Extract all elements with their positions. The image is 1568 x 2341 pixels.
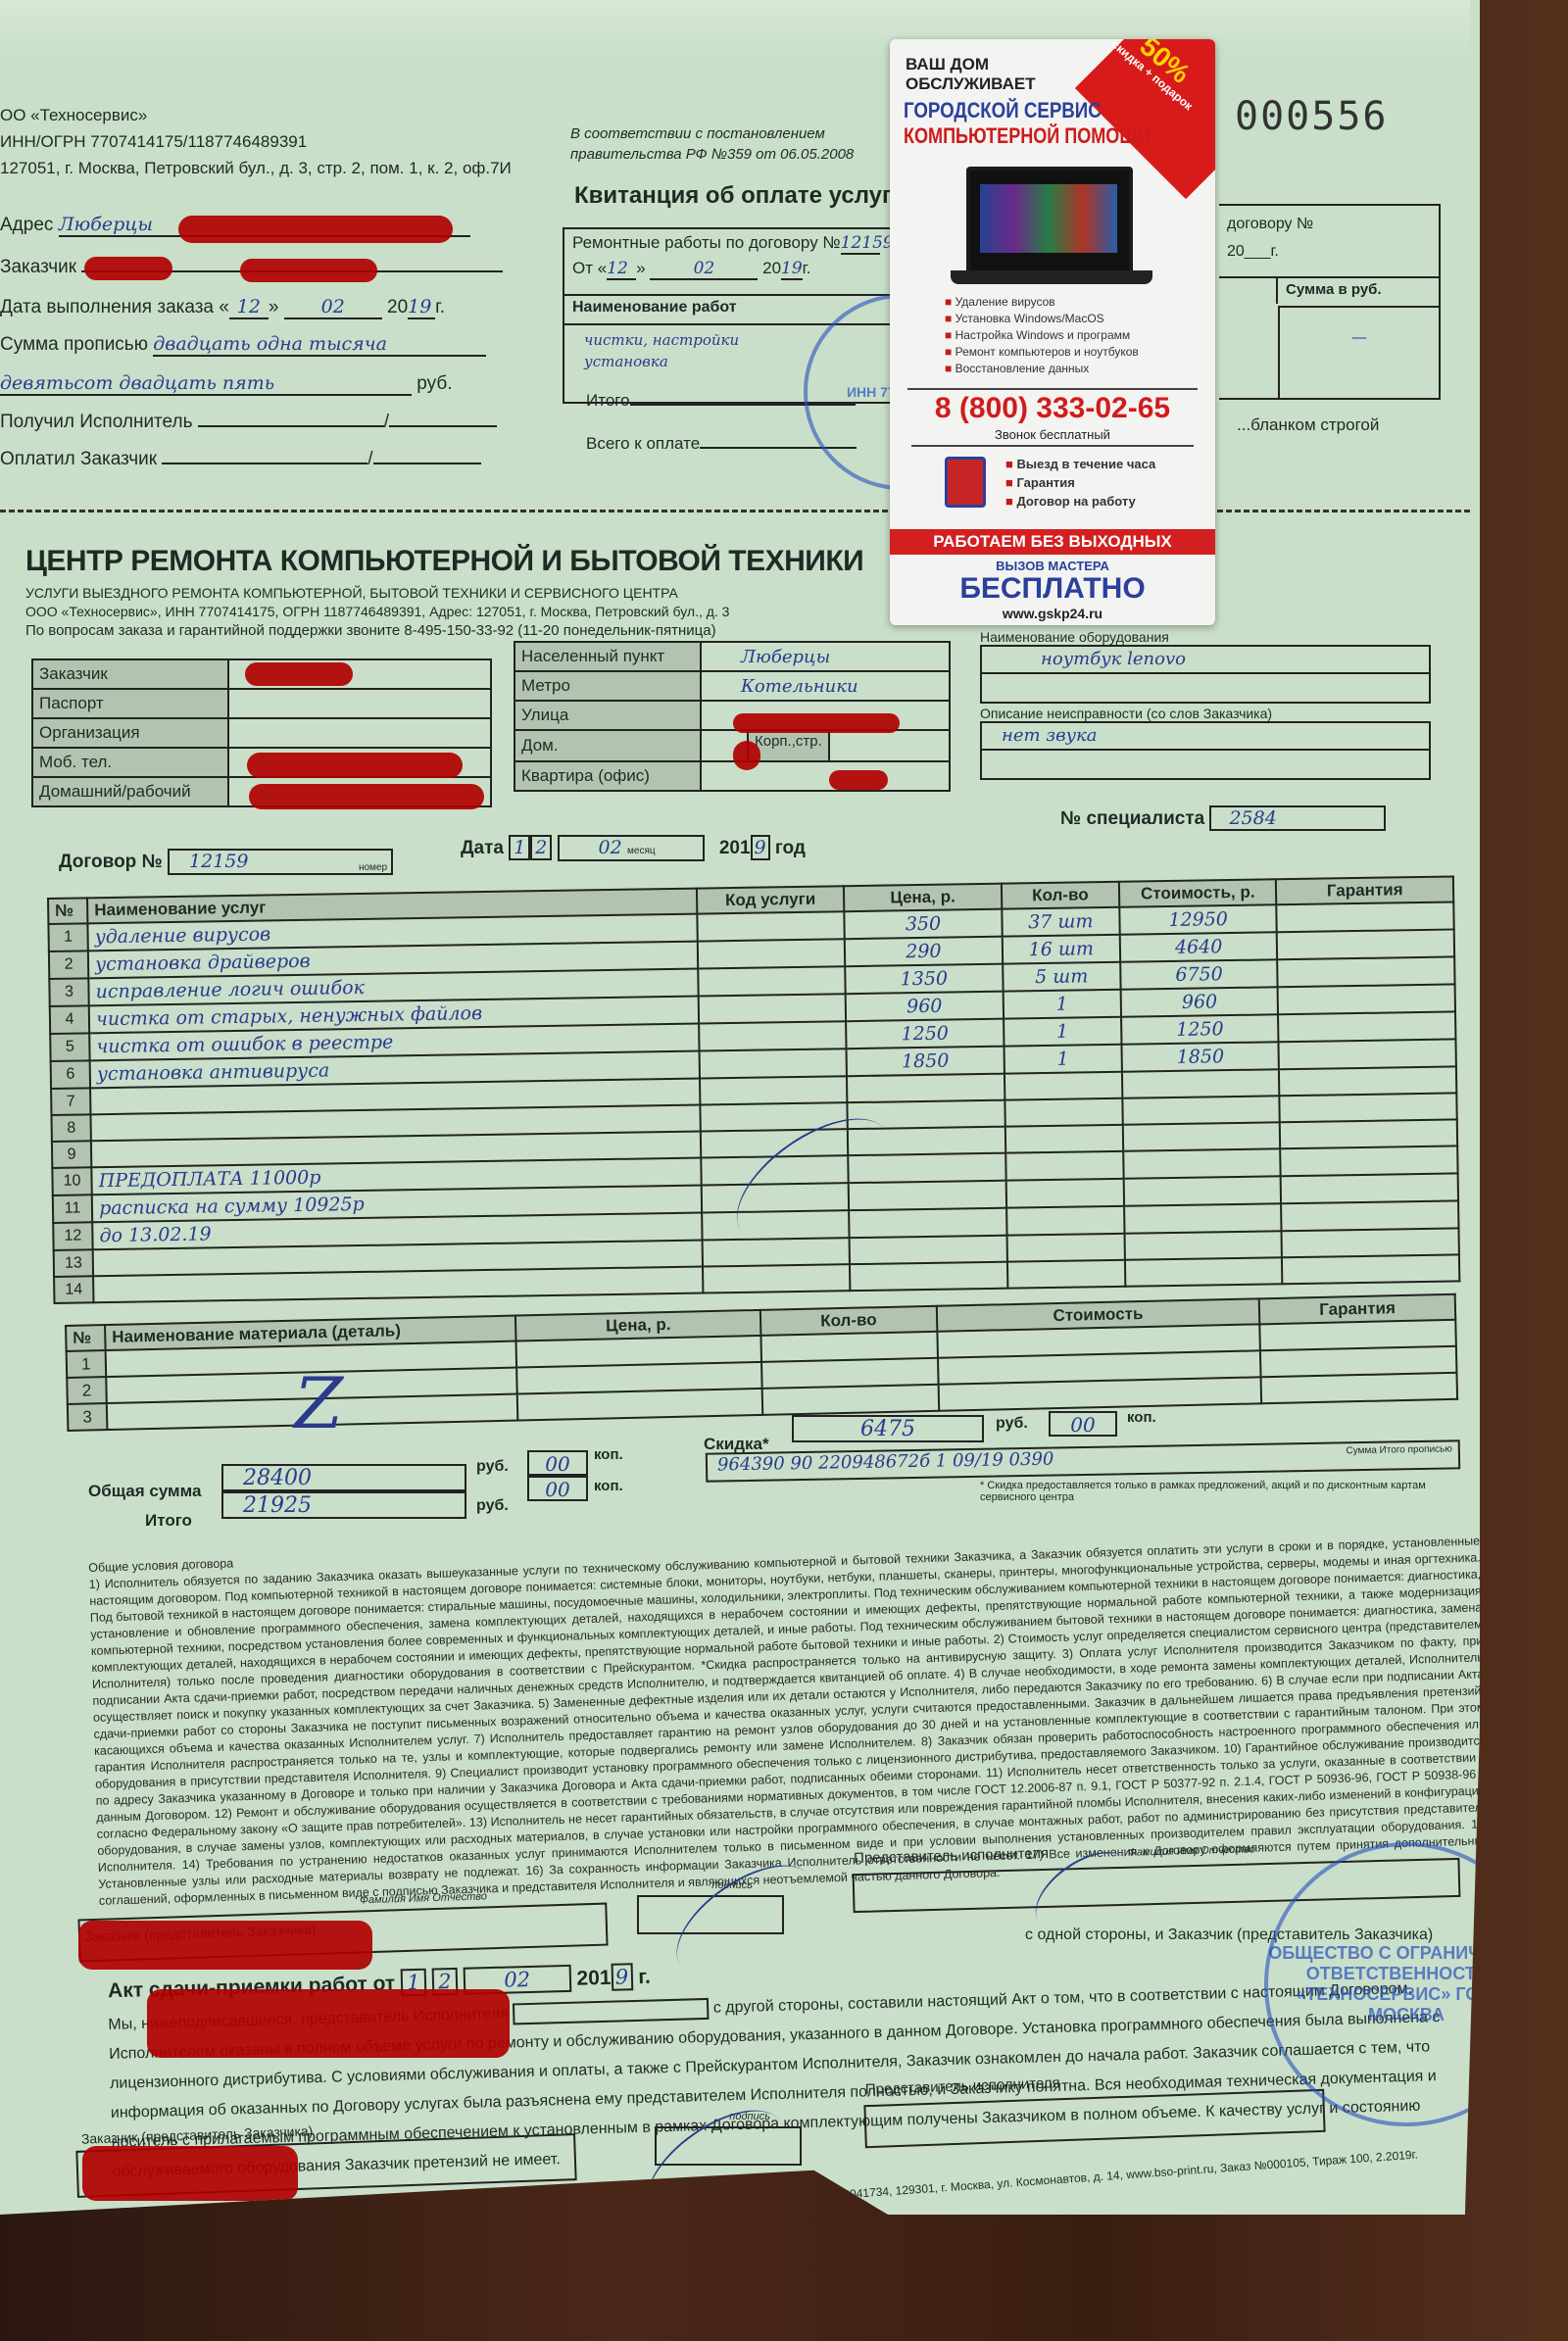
right-contract-label: договору № — [1219, 206, 1439, 243]
specialist-value[interactable]: 2584 — [1209, 805, 1386, 831]
contract-label: Ремонтные работы по договору № — [572, 233, 841, 252]
date-month-value[interactable]: 02 — [599, 837, 622, 858]
flyer-website[interactable]: www.gskp24.ru — [890, 606, 1215, 621]
customer-field-label: Заказчик — [32, 659, 228, 689]
customer-field-label: Паспорт — [32, 689, 228, 718]
flyer-features-list: Выезд в течение часаГарантияДоговор на р… — [1005, 455, 1155, 511]
stub-inn-ogrn: ИНН/ОГРН 7707414175/1187746489391 — [0, 128, 512, 155]
services-column-header: Код услуги — [697, 886, 845, 913]
service-cell-cost[interactable] — [1122, 1096, 1280, 1125]
address-field-value[interactable]: Люберцы — [701, 642, 950, 671]
part-cell-warranty[interactable] — [1261, 1373, 1457, 1404]
stub-address: 127051, г. Москва, Петровский бул., д. 3… — [0, 155, 512, 181]
year-prefix: 20 — [387, 297, 408, 317]
form-subtitle: УСЛУГИ ВЫЕЗДНОГО РЕМОНТА КОМПЬЮТЕРНОЙ, Б… — [25, 584, 729, 603]
fault-label: Описание неисправности (со слов Заказчик… — [980, 706, 1431, 721]
amount-words-line1[interactable]: двадцать одна тысяча — [153, 333, 486, 357]
from-year[interactable]: 19 — [781, 259, 803, 280]
flyer-line1: ВАШ ДОМ — [906, 55, 1036, 74]
completion-day[interactable]: 12 — [229, 296, 269, 319]
date-month-box[interactable]: 02 месяц — [558, 835, 705, 861]
korp-label: Корп.,стр. — [749, 731, 830, 760]
flyer-free-label: БЕСПЛАТНО — [890, 572, 1215, 606]
legal-note-line1: В соответствии с постановлением — [570, 123, 854, 144]
address-field-row: МетроКотельники — [514, 671, 950, 701]
divider — [911, 445, 1194, 447]
total-label: Общая сумма — [88, 1482, 201, 1501]
service-cell-n: 14 — [54, 1276, 94, 1303]
service-cell-qty[interactable] — [1005, 1151, 1124, 1181]
service-cell-n: 12 — [53, 1222, 93, 1250]
service-cell-warranty[interactable] — [1281, 1200, 1458, 1231]
redaction-mark — [829, 770, 888, 790]
service-cell-cost[interactable]: 960 — [1121, 987, 1279, 1017]
service-cell-cost[interactable] — [1124, 1203, 1282, 1234]
service-cell-warranty[interactable] — [1278, 956, 1455, 987]
stub-address-label: Адрес — [0, 215, 53, 235]
stub-amount-words: Сумма прописью двадцать одна тысяча — [0, 333, 486, 357]
service-cell-n: 11 — [53, 1195, 93, 1223]
act-executor-name-field[interactable] — [513, 1998, 710, 2025]
service-cell-code[interactable] — [700, 1076, 848, 1104]
service-cell-n: 13 — [54, 1249, 94, 1277]
services-column-header: Кол-во — [1002, 882, 1120, 909]
completion-year[interactable]: 19 — [408, 296, 435, 319]
flyer-services-list: Удаление вирусовУстановка Windows/MacOSН… — [945, 294, 1139, 377]
service-cell-price[interactable] — [850, 1236, 1007, 1265]
divider — [907, 388, 1198, 390]
date-digit-2[interactable]: 2 — [530, 835, 552, 860]
service-cell-warranty[interactable] — [1281, 1173, 1458, 1203]
service-cell-warranty[interactable] — [1281, 1146, 1458, 1176]
parts-column-header: № — [66, 1325, 106, 1351]
act-year-digit[interactable]: 9 — [611, 1963, 633, 1991]
rub-label: руб. — [476, 1497, 509, 1515]
cut-line — [0, 510, 1470, 512]
itogo-words-hint: Сумма Итого прописью — [1346, 1443, 1452, 1456]
redaction-mark — [247, 753, 463, 778]
advertising-flyer: 50%скидка + подарок ВАШ ДОМ ОБСЛУЖИВАЕТ … — [890, 39, 1215, 625]
service-cell-cost[interactable]: 12950 — [1119, 904, 1277, 935]
specialist-field: № специалиста 2584 — [1060, 805, 1386, 831]
part-cell-n: 3 — [68, 1403, 108, 1431]
service-cell-price[interactable] — [849, 1208, 1006, 1239]
date-month-hint: месяц — [627, 846, 656, 856]
service-cell-warranty[interactable] — [1282, 1228, 1459, 1257]
address-field-row: Дом.Корп.,стр. — [514, 730, 950, 761]
service-cell-price[interactable]: 1850 — [847, 1047, 1004, 1077]
year-prefix: 201 — [719, 838, 751, 858]
service-cell-n: 3 — [49, 978, 89, 1006]
service-cell-n: 4 — [50, 1005, 90, 1034]
parts-column-header: Кол-во — [760, 1306, 937, 1336]
service-cell-warranty[interactable] — [1277, 902, 1454, 932]
service-cell-warranty[interactable] — [1279, 1039, 1456, 1069]
flyer-heading: ВАШ ДОМ ОБСЛУЖИВАЕТ — [906, 55, 1036, 94]
stub-customer-label: Заказчик — [0, 257, 76, 277]
specialist-label: № специалиста — [1060, 808, 1204, 829]
sum-value[interactable]: — — [1278, 306, 1439, 398]
service-cell-cost[interactable] — [1124, 1176, 1282, 1206]
service-cell-n: 7 — [51, 1088, 91, 1115]
kop-label: коп. — [594, 1446, 623, 1463]
service-cell-cost[interactable]: 4640 — [1120, 932, 1278, 962]
card-note: 964390 90 220948672б 1 09/19 0390 — [708, 1449, 1054, 1476]
parts-table: №Наименование материала (деталь)Цена, р.… — [65, 1293, 1458, 1432]
services-column-header: Цена, р. — [844, 884, 1002, 912]
year-suffix: г. — [435, 297, 445, 317]
customer-field-value[interactable] — [228, 689, 491, 718]
service-cell-price[interactable]: 350 — [845, 909, 1003, 940]
flyer-feature-item: Договор на работу — [1005, 492, 1155, 511]
receipt-from-line: От «12» 02 2019г. — [564, 259, 894, 280]
kop-label: коп. — [594, 1478, 623, 1494]
service-cell-code[interactable] — [698, 966, 846, 996]
service-cell-cost[interactable]: 1250 — [1121, 1014, 1279, 1045]
from-month[interactable]: 02 — [650, 259, 758, 280]
service-cell-code[interactable] — [698, 994, 846, 1023]
service-cell-warranty[interactable] — [1282, 1254, 1459, 1284]
date-field: Дата 12 02 месяц 2019 год — [461, 835, 806, 861]
form-support-line: По вопросам заказа и гарантийной поддерж… — [25, 621, 729, 640]
service-cell-warranty[interactable] — [1277, 929, 1454, 959]
kop-label: коп. — [1127, 1409, 1156, 1426]
redaction-mark — [249, 784, 484, 809]
service-cell-cost[interactable]: 6750 — [1120, 959, 1278, 990]
service-cell-warranty[interactable] — [1278, 984, 1455, 1014]
flyer-service-item: Установка Windows/MacOS — [945, 311, 1139, 327]
contract-field: Договор № 12159 номер — [59, 849, 393, 875]
equipment-block: Наименование оборудования ноутбук lenovo… — [980, 629, 1431, 780]
service-cell-n: 8 — [51, 1114, 91, 1142]
from-day[interactable]: 12 — [607, 259, 636, 280]
address-field-label: Метро — [514, 671, 701, 701]
receipt-right-box: договору № 20___г. Сумма в руб. — — [1219, 204, 1441, 400]
flyer-phone[interactable]: 8 (800) 333-02-65 — [890, 392, 1215, 425]
service-cell-warranty[interactable] — [1280, 1119, 1457, 1148]
contract-number-value[interactable]: 12159 — [189, 851, 248, 872]
paper-top-edge — [0, 0, 1470, 59]
from-label: От — [572, 259, 593, 277]
redaction-mark — [147, 1989, 510, 2058]
paid-signature-field[interactable] — [162, 447, 367, 464]
stub-paid: Оплатил Заказчик / — [0, 447, 481, 470]
paid-label: Оплатил Заказчик — [0, 449, 157, 469]
service-cell-warranty[interactable] — [1279, 1066, 1456, 1096]
sum-header-row: Сумма в руб. — [1219, 276, 1439, 304]
service-cell-code[interactable] — [697, 911, 845, 941]
flyer-service-item: Восстановление данных — [945, 361, 1139, 377]
service-cell-n: 1 — [48, 923, 88, 951]
moscow-coat-of-arms-icon — [945, 457, 986, 508]
act-year-suffix: г. — [638, 1966, 651, 1988]
service-cell-price[interactable] — [850, 1262, 1007, 1292]
equipment-value[interactable]: ноутбук lenovo — [980, 645, 1431, 674]
laptop-base — [951, 270, 1152, 284]
services-column-header: № — [48, 898, 88, 924]
itogo-rub-value[interactable]: 21925 — [221, 1491, 466, 1519]
customer-field-label: Моб. тел. — [32, 748, 228, 777]
form-company-line: ООО «Техносервис», ИНН 7707414175, ОГРН … — [25, 603, 729, 621]
service-cell-qty[interactable]: 1 — [1004, 1045, 1122, 1074]
rub-label: руб. — [416, 373, 452, 394]
service-cell-cost[interactable]: 1850 — [1121, 1042, 1279, 1072]
date-label: Дата — [461, 838, 504, 858]
form-subtitle-block: УСЛУГИ ВЫЕЗДНОГО РЕМОНТА КОМПЬЮТЕРНОЙ, Б… — [25, 584, 729, 640]
strict-form-note: ...бланком строгой — [1237, 415, 1379, 435]
service-cell-code[interactable] — [698, 939, 846, 968]
redaction-mark — [240, 259, 377, 282]
service-cell-qty[interactable] — [1007, 1260, 1126, 1289]
flyer-line2: ОБСЛУЖИВАЕТ — [906, 74, 1036, 94]
receipt-total-label: Итого — [586, 391, 630, 410]
itogo-words-box[interactable]: 964390 90 220948672б 1 09/19 0390 Сумма … — [706, 1439, 1460, 1482]
korp-value[interactable] — [830, 731, 949, 760]
flyer-service-item: Настройка Windows и программ — [945, 327, 1139, 344]
received-signature-field[interactable] — [198, 410, 384, 427]
service-cell-qty[interactable] — [1004, 1098, 1123, 1127]
flyer-service-item: Удаление вирусов — [945, 294, 1139, 311]
flyer-banner: РАБОТАЕМ БЕЗ ВЫХОДНЫХ — [890, 529, 1215, 555]
service-cell-qty[interactable] — [1005, 1179, 1124, 1208]
service-contract-form: ОО «Техносервис» ИНН/ОГРН 7707414175/118… — [0, 0, 1480, 2215]
total-rub-value[interactable]: 28400 — [221, 1464, 466, 1491]
service-cell-n: 2 — [49, 951, 89, 979]
flyer-feature-item: Выезд в течение часа — [1005, 455, 1155, 473]
service-cell-qty[interactable] — [1004, 1072, 1123, 1100]
equipment-extra-line[interactable] — [980, 674, 1431, 704]
part-cell-price[interactable] — [517, 1389, 762, 1421]
service-cell-price[interactable]: 290 — [845, 937, 1003, 967]
receipt-total-due-label: Всего к оплате — [586, 434, 700, 453]
paid-name-field[interactable] — [373, 447, 481, 464]
received-name-field[interactable] — [389, 410, 497, 427]
customer-field-row: Паспорт — [32, 689, 491, 718]
flyer-service-item: Ремонт компьютеров и ноутбуков — [945, 344, 1139, 361]
receipt-stub-header: ОО «Техносервис» ИНН/ОГРН 7707414175/118… — [0, 102, 512, 181]
service-cell-code[interactable] — [703, 1264, 851, 1292]
service-cell-qty[interactable]: 37 шт — [1002, 907, 1120, 937]
service-cell-code[interactable] — [699, 1021, 847, 1050]
completion-date-label: Дата выполнения заказа — [0, 297, 214, 317]
service-cell-price[interactable] — [847, 1074, 1004, 1103]
right-year: 20___г. — [1219, 243, 1439, 261]
completion-month[interactable]: 02 — [284, 296, 382, 319]
customer-field-row: Организация — [32, 718, 491, 748]
receipt-serial-number: 000556 — [1235, 94, 1389, 139]
service-cell-qty[interactable] — [1006, 1234, 1125, 1262]
customer-field-label: Организация — [32, 718, 228, 748]
service-cell-cost[interactable] — [1125, 1231, 1283, 1260]
service-cell-price[interactable]: 1350 — [845, 964, 1003, 995]
fault-value[interactable]: нет звука — [980, 721, 1431, 751]
part-cell-qty[interactable] — [760, 1332, 937, 1362]
itogo-kop-value[interactable]: 00 — [527, 1476, 588, 1501]
flyer-brand-line1: ГОРОДСКОЙ СЕРВИС — [904, 98, 1102, 123]
service-cell-qty[interactable]: 1 — [1004, 1017, 1122, 1047]
service-cell-cost[interactable] — [1123, 1122, 1281, 1151]
part-cell-qty[interactable] — [762, 1385, 939, 1415]
address-field-label: Улица — [514, 701, 701, 730]
discount-kop-value[interactable]: 00 — [1049, 1411, 1117, 1437]
legal-note-line2: правительства РФ №359 от 06.05.2008 — [570, 144, 854, 165]
year-label: год — [775, 838, 806, 858]
sum-header: Сумма в руб. — [1278, 278, 1390, 304]
service-cell-n: 9 — [52, 1141, 92, 1168]
part-cell-n: 1 — [67, 1350, 107, 1378]
equipment-label: Наименование оборудования — [980, 629, 1431, 645]
receipt-title: Квитанция об оплате услуг — [574, 182, 892, 210]
service-cell-qty[interactable]: 16 шт — [1002, 935, 1120, 964]
itogo-label: Итого — [145, 1511, 192, 1531]
received-label: Получил Исполнитель — [0, 412, 192, 432]
form-title: ЦЕНТР РЕМОНТА КОМПЬЮТЕРНОЙ И БЫТОВОЙ ТЕХ… — [25, 545, 863, 578]
contract-hint: номер — [359, 862, 387, 873]
contract-number-box[interactable]: 12159 номер — [168, 849, 393, 875]
stub-amount-words-2: девятьсот двадцать пять руб. — [0, 372, 453, 396]
receipt-contract-line: Ремонтные работы по договору №12159 — [564, 229, 894, 259]
fault-extra-line[interactable] — [980, 751, 1431, 780]
year-digit[interactable]: 9 — [751, 835, 770, 860]
legal-note: В соответствии с постановлением правител… — [570, 123, 854, 165]
part-cell-qty[interactable] — [761, 1358, 938, 1389]
rub-label: руб. — [476, 1458, 509, 1476]
redaction-mark — [733, 741, 760, 770]
redaction-mark — [84, 257, 172, 280]
amount-words-label: Сумма прописью — [0, 334, 148, 355]
contract-label: Договор № — [59, 852, 163, 872]
total-kop-value[interactable]: 00 — [527, 1450, 588, 1476]
address-field-label: Населенный пункт — [514, 642, 701, 671]
flyer-feature-item: Гарантия — [1005, 473, 1155, 492]
services-column-header: Гарантия — [1276, 876, 1453, 904]
redaction-mark — [78, 1921, 372, 1970]
service-cell-warranty[interactable] — [1278, 1011, 1455, 1042]
part-cell-n: 2 — [67, 1377, 107, 1404]
services-column-header: Стоимость, р. — [1119, 879, 1277, 907]
service-cell-qty[interactable]: 5 шт — [1003, 962, 1121, 992]
customer-field-value[interactable] — [228, 718, 491, 748]
rub-label: руб. — [996, 1415, 1028, 1433]
service-cell-price[interactable]: 960 — [846, 992, 1004, 1022]
discount-footnote: * Скидка предоставляется только в рамках… — [980, 1480, 1480, 1503]
service-cell-cost[interactable] — [1122, 1069, 1280, 1098]
redaction-mark — [733, 713, 900, 733]
terms-text: 1) Исполнитель обязуется по заданию Зака… — [89, 1533, 1491, 1909]
service-cell-cost[interactable] — [1125, 1257, 1283, 1287]
service-cell-qty[interactable] — [1004, 1125, 1123, 1153]
discount-rub-value[interactable]: 6475 — [792, 1415, 984, 1442]
service-cell-n: 10 — [52, 1167, 92, 1195]
address-field-row: Населенный пунктЛюберцы — [514, 642, 950, 671]
amount-words-line2[interactable]: девятьсот двадцать пять — [0, 372, 412, 396]
service-cell-qty[interactable] — [1006, 1206, 1125, 1236]
laptop-image — [966, 167, 1133, 274]
act-year-prefix: 201 — [576, 1967, 612, 1990]
address-field-label: Квартира (офис) — [514, 761, 701, 791]
redaction-mark — [178, 216, 453, 243]
service-cell-qty[interactable]: 1 — [1003, 990, 1121, 1019]
service-cell-n: 6 — [51, 1060, 91, 1089]
flyer-call-label: ВЫЗОВ МАСТЕРА — [890, 559, 1215, 573]
service-cell-price[interactable]: 1250 — [846, 1019, 1004, 1049]
date-digit-1[interactable]: 1 — [509, 835, 530, 860]
redaction-mark — [82, 2146, 298, 2201]
address-field-value[interactable]: Котельники — [701, 671, 950, 701]
address-field-label: Дом. — [514, 730, 701, 761]
strike-mark: Z — [294, 1362, 343, 1444]
service-cell-n: 5 — [50, 1033, 90, 1061]
service-cell-code[interactable] — [699, 1049, 847, 1078]
stub-received: Получил Исполнитель / — [0, 410, 497, 433]
flyer-brand-line2: КОМПЬЮТЕРНОЙ ПОМОЩИ — [904, 123, 1151, 149]
service-cell-cost[interactable] — [1123, 1148, 1281, 1179]
service-cell-warranty[interactable] — [1280, 1093, 1457, 1122]
contract-number[interactable]: 12159 — [841, 233, 880, 255]
stub-completion-date: Дата выполнения заказа «12» 02 2019г. — [0, 296, 445, 319]
terms-block: Общие условия договора 1) Исполнитель об… — [88, 1516, 1491, 1909]
flyer-phone-note: Звонок бесплатный — [890, 427, 1215, 442]
redaction-mark — [245, 662, 353, 686]
stub-company: ОО «Техносервис» — [0, 102, 512, 128]
customer-field-label: Домашний/рабочий — [32, 777, 228, 806]
